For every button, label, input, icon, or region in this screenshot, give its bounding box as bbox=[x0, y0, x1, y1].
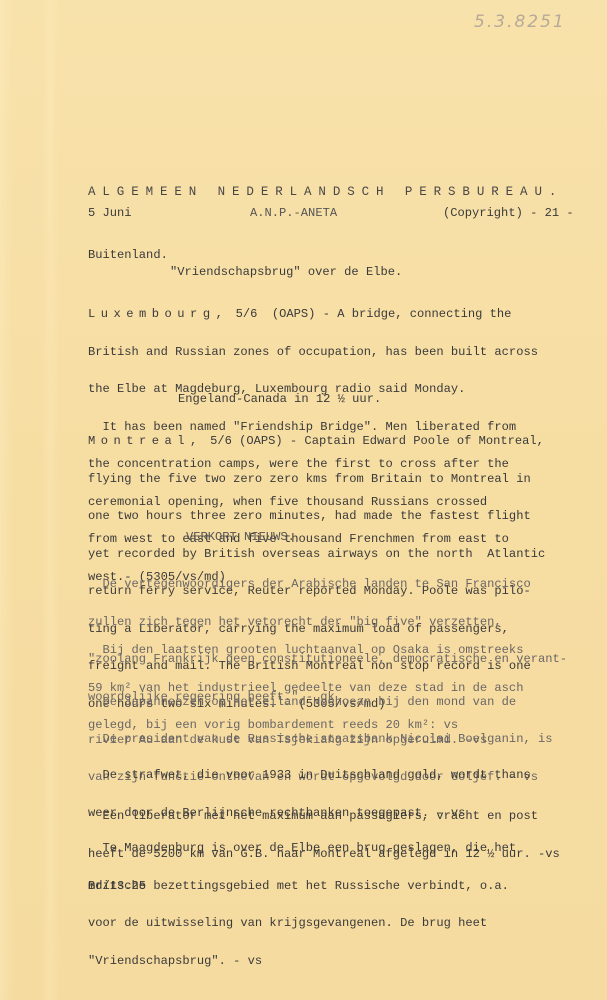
masthead: ALGEMEEN NEDERLANDSCH PERSBUREAU. bbox=[88, 186, 563, 198]
short-news-heading: VERKORT NIEUWS. bbox=[186, 531, 295, 543]
article-line: British and Russian zones of occupation,… bbox=[88, 346, 538, 359]
copyright-page-number: (Copyright) - 21 - bbox=[443, 207, 574, 219]
section-label: Buitenland. bbox=[88, 249, 168, 261]
article-line: Montreal, 5/6 (OAPS) - Captain Edward Po… bbox=[88, 435, 545, 448]
archive-reference-mark: 5.3.8251 bbox=[474, 12, 566, 32]
article-line: flying the five two zero zero kms from B… bbox=[88, 473, 545, 486]
article-line: Luxembourg, 5/6 (OAPS) - A bridge, conne… bbox=[88, 308, 538, 321]
dateline-place: Luxembourg, bbox=[88, 307, 228, 321]
bulletin-date: 5 Juni bbox=[88, 207, 132, 219]
document-page: 5.3.8251 ALGEMEEN NEDERLANDSCH PERSBUREA… bbox=[0, 0, 607, 1000]
dateline-place: Montreal, bbox=[88, 434, 203, 448]
agency-name: A.N.P.-ANETA bbox=[250, 207, 337, 219]
signoff-code: md/13.25 bbox=[88, 880, 146, 892]
news-item: Te Maagdenburg is over de Elbe een brug … bbox=[88, 817, 516, 992]
article-headline: Engeland-Canada in 12 ½ uur. bbox=[178, 393, 381, 405]
article-line: one two hours three zero minutes, had ma… bbox=[88, 510, 545, 523]
article-headline: "Vriendschapsbrug" over de Elbe. bbox=[170, 266, 402, 278]
